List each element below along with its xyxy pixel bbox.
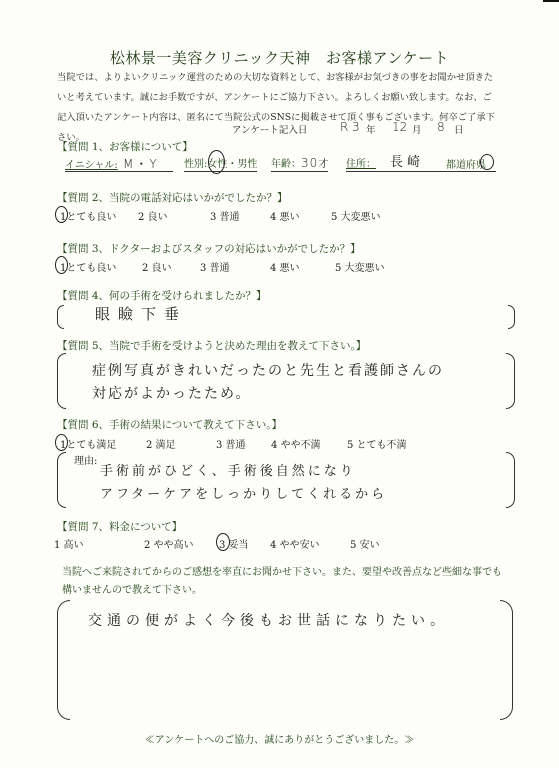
comments-bracket-left: [57, 600, 70, 720]
q4-heading: 【質問 4、何の手術を受けられましたか？】: [57, 288, 267, 303]
q7-option-2[interactable]: 2 やや高い: [144, 536, 194, 551]
q6-heading: 【質問 6、手術の結果について教えて下さい。】: [57, 417, 282, 432]
q2-option-3[interactable]: 3 普通: [210, 208, 240, 223]
q5-heading: 【質問 5、当院で手術を受けようと決めた理由を教えて下さい。】: [57, 338, 366, 353]
q7-options: 1 高い 2 やや高い 3 妥当 4 やや安い 5 安い: [52, 536, 472, 552]
q1-initial-value: M・Y: [123, 157, 159, 171]
comments-prompt: 当院へご来院されてからのご感想を率直にお聞かせ下さい。また、要望や改善点など些細…: [62, 564, 522, 600]
q6-reason-line-1: 手術前がひどく、手術後自然になり: [100, 460, 500, 484]
q6-option-5[interactable]: 5 とても不満: [347, 436, 407, 451]
q6-option-1[interactable]: 1とても満足: [60, 436, 116, 451]
q7-option-4[interactable]: 4 やや安い: [270, 536, 320, 551]
q2-selected-circle: [55, 206, 68, 223]
q1-address-value: 長崎: [390, 151, 424, 170]
q2-option-1[interactable]: 1とても良い: [60, 208, 116, 223]
scan-edge-mark: [543, 0, 559, 2]
date-month-unit: 月: [412, 122, 422, 136]
q6-bracket-left: [57, 452, 66, 508]
q1-gender-label: 性別:: [184, 159, 207, 170]
q4-bracket-left: [57, 305, 64, 329]
q6-option-4[interactable]: 4 やや不満: [271, 436, 321, 451]
date-label: アンケート記入日: [232, 122, 307, 136]
q1-gender-selected-circle: [208, 150, 225, 174]
survey-title: 松林景一美容クリニック天神 お客様アンケート: [0, 47, 559, 68]
q7-option-1[interactable]: 1 高い: [54, 536, 84, 551]
comments-answer[interactable]: 交通の便がよく今後もお世話になりたい。: [88, 610, 449, 630]
q7-selected-circle: [216, 533, 230, 551]
q3-option-1[interactable]: 1とても良い: [60, 259, 116, 274]
q6-selected-circle: [55, 434, 68, 451]
q3-option-2[interactable]: 2 良い: [142, 259, 172, 274]
q1-age-unit: 才: [318, 159, 328, 170]
q6-options: 1とても満足 2 満足 3 普通 4 やや不満 5 とても不満: [58, 436, 458, 452]
q4-answer[interactable]: 眼瞼下垂: [95, 303, 187, 324]
q3-option-3[interactable]: 3 普通: [200, 259, 230, 274]
date-era[interactable]: R: [340, 120, 352, 134]
date-day-unit: 日: [454, 122, 464, 136]
date-year-unit: 年: [366, 122, 376, 136]
q4-bracket-right: [508, 305, 515, 329]
q1-address-field[interactable]: 住所： 長崎 都道府県: [346, 155, 496, 172]
q1-heading: 【質問 1、お客様について】: [57, 139, 193, 154]
q6-reason[interactable]: 手術前がひどく、手術後自然になり アフターケアをしっかりしてくれるから: [100, 460, 500, 506]
q5-bracket-left: [57, 353, 66, 409]
comments-bracket-right: [500, 600, 513, 720]
q5-answer-line-1: 症例写真がきれいだったのと先生と看護師さんの: [92, 358, 492, 384]
q5-answer[interactable]: 症例写真がきれいだったのと先生と看護師さんの 対応がよかったため。: [92, 358, 492, 404]
footer-thanks: ≪アンケートへのご協力、誠にありがとうございました。≫: [0, 731, 559, 746]
date-year[interactable]: 3: [352, 120, 364, 134]
q6-reason-line-2: アフターケアをしっかりしてくれるから: [100, 484, 500, 506]
q6-option-2[interactable]: 2 満足: [146, 436, 176, 451]
date-row: アンケート記入日 R 3 年 12 月 8 日: [232, 122, 532, 138]
q3-selected-circle: [55, 256, 68, 274]
q6-reason-label: 理由:: [74, 452, 97, 467]
q1-age-field[interactable]: 年齢：30才: [271, 155, 328, 172]
q2-options: 1とても良い 2 良い 3 普通 4 悪い 5 大変悪い: [58, 208, 458, 224]
q1-address-label: 住所：: [346, 159, 376, 170]
q5-answer-line-2: 対応がよかったため。: [92, 384, 492, 404]
comments-prompt-line-1: 当院へご来院されてからのご感想を率直にお聞かせ下さい。また、要望や改善点など些細…: [62, 564, 522, 582]
q1-initial-label: イニシャル:: [65, 160, 118, 171]
q2-option-2[interactable]: 2 良い: [138, 208, 168, 223]
q7-option-5[interactable]: 5 安い: [350, 536, 380, 551]
q6-bracket-right: [506, 452, 515, 508]
date-day[interactable]: 8: [437, 120, 449, 134]
comments-prompt-line-2: 構いませんので教えて下さい。: [62, 582, 522, 600]
q5-bracket-right: [506, 353, 515, 409]
q2-option-4[interactable]: 4 悪い: [270, 208, 300, 223]
q3-heading: 【質問 3、ドクターおよびスタッフの対応はいかがでしたか？】: [57, 241, 361, 256]
q3-option-4[interactable]: 4 悪い: [270, 259, 300, 274]
q7-heading: 【質問 7、料金について】: [57, 519, 182, 534]
q1-initial-field[interactable]: イニシャル: M・Y: [65, 155, 173, 172]
q1-age-label: 年齢：: [271, 159, 301, 170]
date-month[interactable]: 12: [392, 120, 407, 134]
q1-prefecture-selected-circle: [480, 154, 494, 170]
q3-options: 1とても良い 2 良い 3 普通 4 悪い 5 大変悪い: [58, 259, 458, 275]
q2-heading: 【質問 2、当院の電話対応はいかがでしたか？】: [57, 190, 288, 205]
q6-option-3[interactable]: 3 普通: [216, 436, 246, 451]
q1-age-value: 30: [301, 156, 318, 170]
q2-option-5[interactable]: 5 大変悪い: [331, 208, 381, 223]
q3-option-5[interactable]: 5 大変悪い: [335, 259, 385, 274]
